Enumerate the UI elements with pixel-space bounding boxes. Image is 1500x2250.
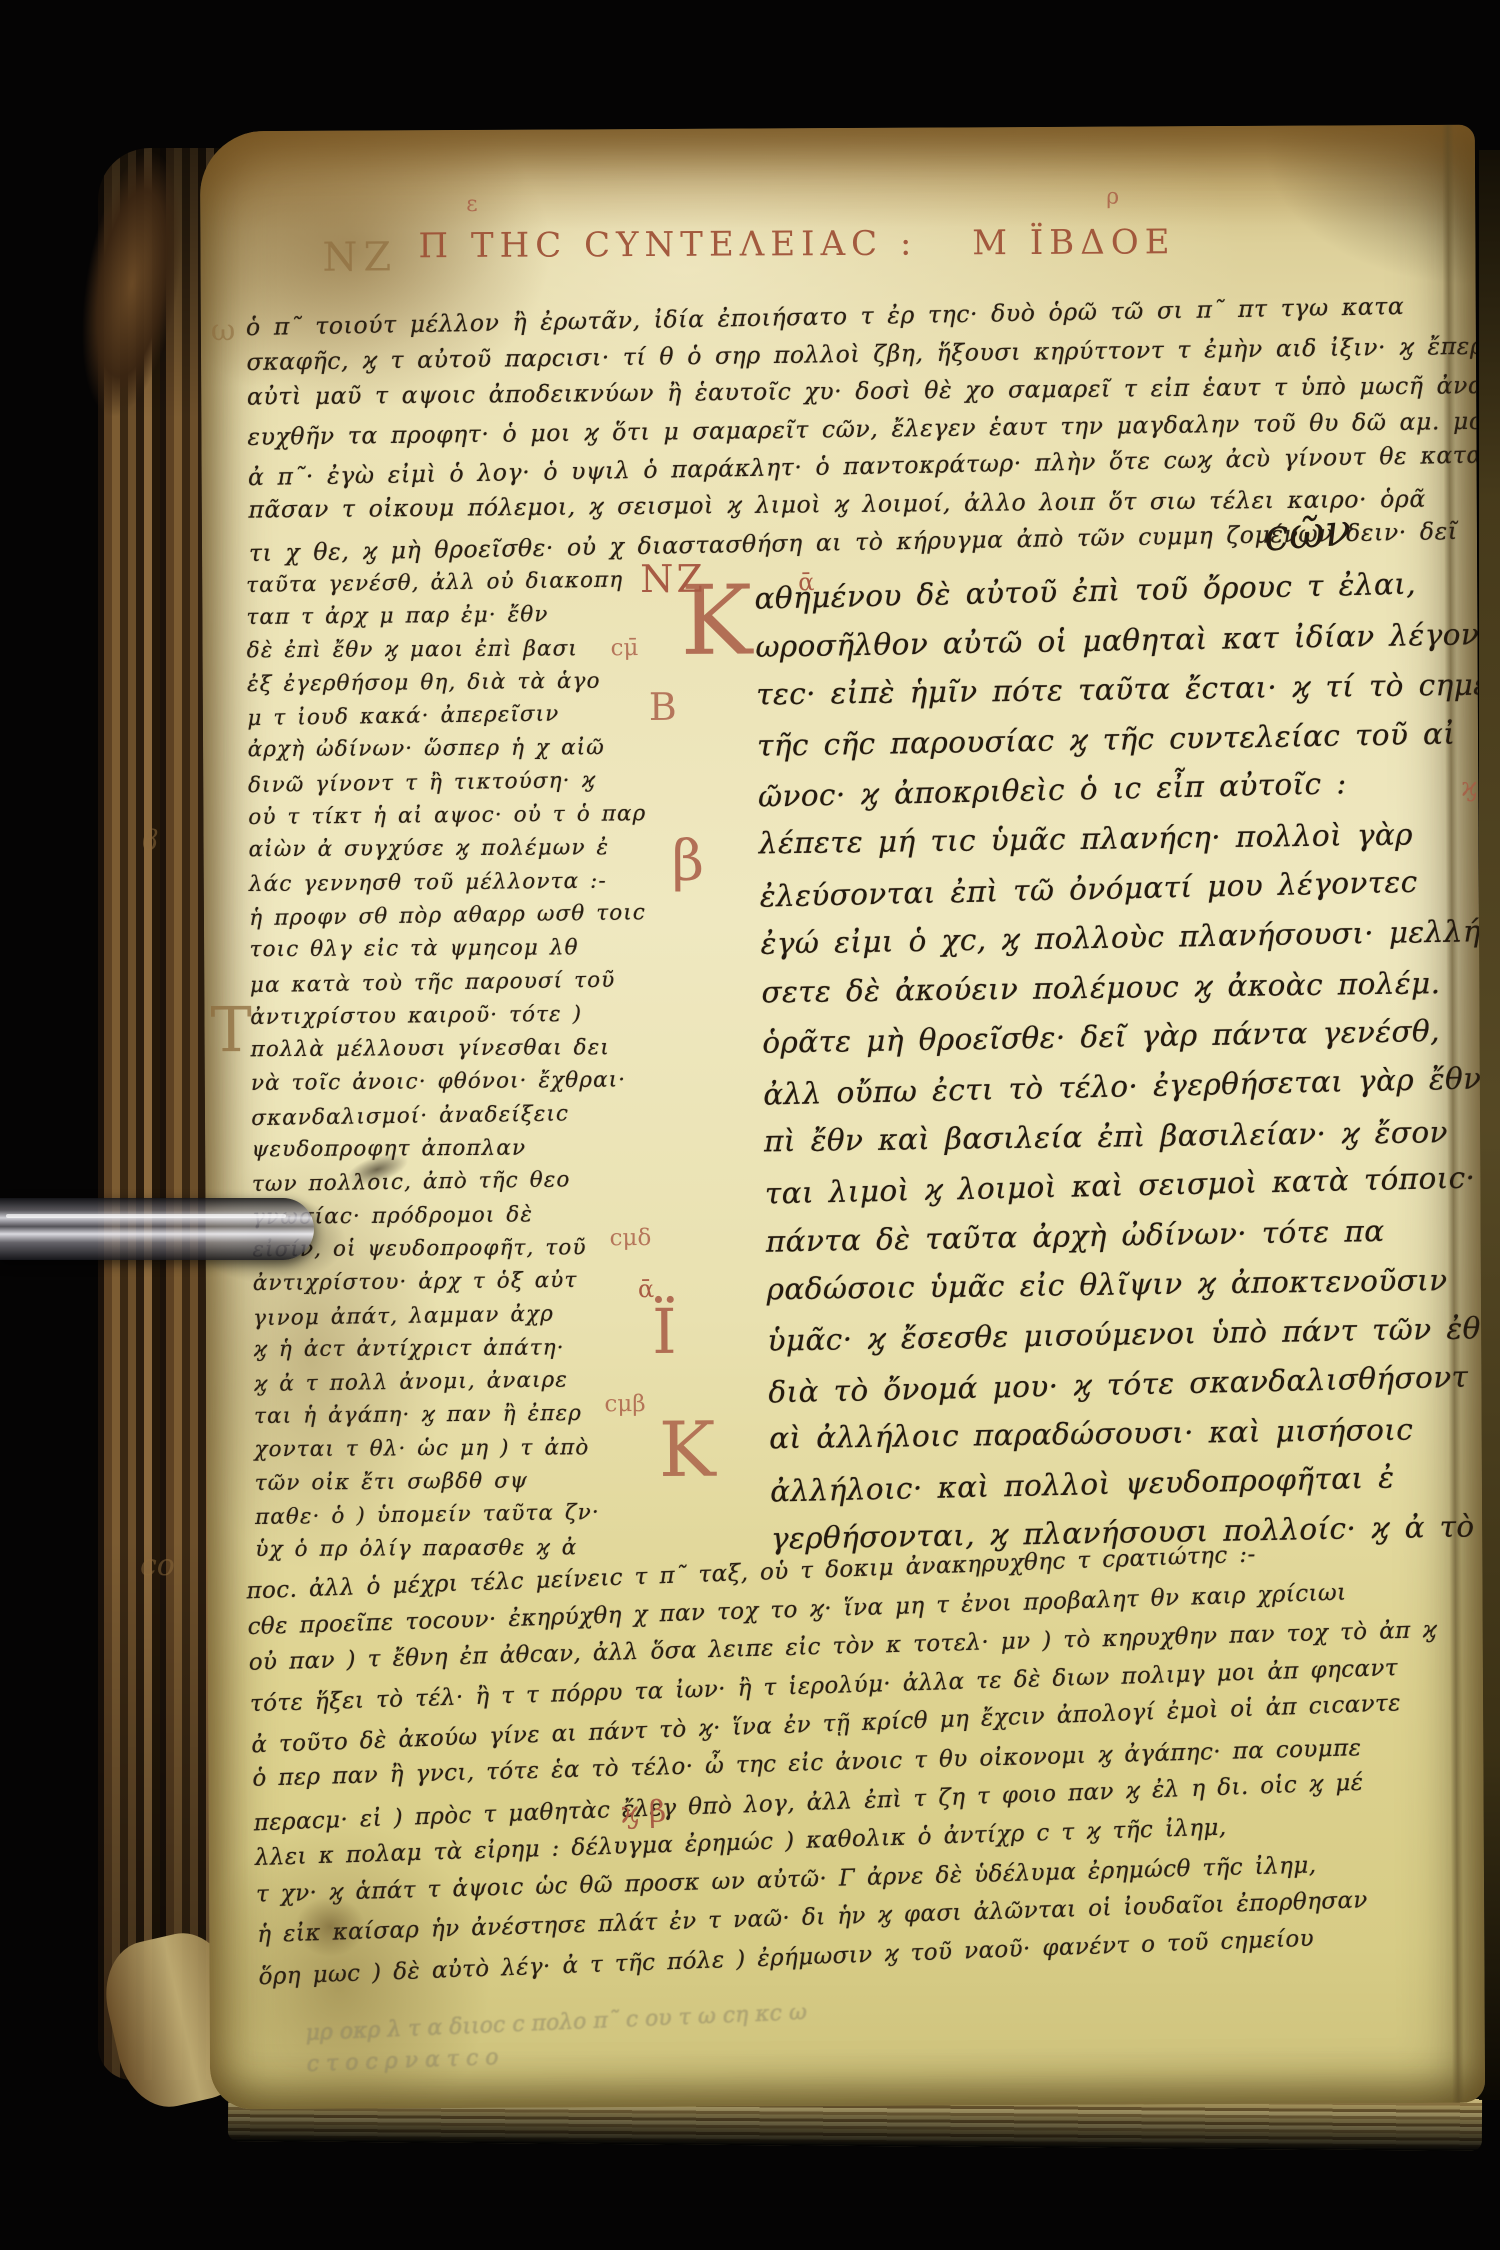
text-line: μ τ ἰουδ κακά· ἀπερεῖσιν xyxy=(247,696,655,735)
edge-omega-mark: ϲο xyxy=(140,1548,175,1583)
text-line: ψευδοπροφητ ἀποπλαν xyxy=(251,1131,659,1167)
manuscript-photo: { "manuscript": { "header": { "faded_fol… xyxy=(0,0,1500,2250)
rubric-superscript-left: ε xyxy=(466,192,478,217)
canon-sm-1: ϲμ̄ xyxy=(610,635,638,661)
folio-number-faded: ΝΖ xyxy=(322,234,397,280)
text-line: τεϲ· εἰπὲ ἡμῖν πότε ταῦτα ἔϲται· ϗ τί τὸ… xyxy=(756,661,1467,720)
canon-smd: ϲμδ xyxy=(610,1225,652,1251)
canon-beta-1: Β xyxy=(649,685,677,729)
text-line: χονται τ θλ· ὡϲ μη ) τ ἀπὸ xyxy=(254,1431,662,1467)
page-rubric-title: Π ΤΗϹ ϹΥΝΤΕΛΕΙΑϹ : Μ ΪΒΔΟΕ xyxy=(418,222,1175,266)
pointer-highlight xyxy=(6,1214,286,1218)
text-line: ἐξ ἐγερθήσομ θη, διὰ τὰ ἁγο xyxy=(247,664,655,701)
text-line: γινομ ἀπάτ, λαμμαν ἀχρ xyxy=(253,1296,661,1335)
flourish-son: ϲῶν xyxy=(1262,504,1353,561)
text-line: δινῶ γίνοντ τ ἢ τικτούση· ϗ xyxy=(248,763,656,802)
text-line: ταῦτα γενέσθ, ἀλλ οὐ διακοπη xyxy=(246,563,654,602)
initial-beta-blepete: β xyxy=(671,829,704,894)
text-line: πολλὰ μέλλουσι γίνεσθαι δει xyxy=(250,1031,658,1067)
edge-beta-mark: ϐ xyxy=(142,824,158,857)
bottom-red-inline: ϗ β xyxy=(620,1794,667,1830)
rubric-title-right: Μ ΪΒΔΟΕ xyxy=(972,222,1176,263)
rubric-superscript-right: ρ xyxy=(1106,185,1119,210)
glass-pointer-rod xyxy=(0,1198,314,1260)
text-line: ϗ ἡ ἀϲτ ἀντίχριϲτ ἀπάτη· xyxy=(253,1331,661,1367)
initial-tau-brown: Τ xyxy=(210,993,252,1066)
text-line: ται ἡ ἀγάπη· ϗ παν ἢ ἐπερ xyxy=(254,1396,662,1433)
rubric-title-left: Π ΤΗϹ ϹΥΝΤΕΛΕΙΑϹ : xyxy=(418,224,917,267)
text-line: ἡ προφν σθ πὸρ αθαρρ ωσθ τοιϲ xyxy=(249,896,657,935)
text-line: παθε· ὁ ) ὑπομείν ταῦτα ζν· xyxy=(255,1495,663,1534)
text-line: λάϲ γεννησθ τοῦ μέλλοντα :- xyxy=(249,864,657,901)
text-line: αἰὼν ἀ συγχύσε ϗ πολέμων ἐ xyxy=(249,831,657,867)
text-line: μα κατὰ τοὺ τῆϲ παρουσί τοῦ xyxy=(250,963,658,1002)
text-line: των πολλοιϲ, ἀπὸ τῆϲ θεο xyxy=(252,1162,660,1201)
text-line: ϗ ἀ τ πολλ ἀνομι, ἀναιρε xyxy=(254,1362,662,1401)
text-line: σετε δὲ ἀκούειν πολέμουϲ ϗ ἀκοὰϲ πολέμ. xyxy=(761,958,1472,1017)
initial-kappa-kai: Κ xyxy=(659,1405,716,1494)
text-line: ραδώσοιϲ ὑμᾶϲ εἰϲ θλῖψιν ϗ ἀποκτενοῦσιν xyxy=(766,1256,1477,1315)
text-line: νὰ τοῖϲ ἀνοιϲ· φθόνοι· ἔχθραι· xyxy=(251,1064,659,1101)
text-line: δὲ ἐπὶ ἔθν ϗ μαοι ἐπὶ βασι xyxy=(247,631,655,667)
text-line: ἀρχὴ ὠδίνων· ὥσπερ ἡ χ αἰῶ xyxy=(248,731,656,767)
canon-smb: ϲμβ xyxy=(604,1391,645,1417)
bottom-commentary-block: ποϲ. ἀλλ ὁ μέχρι τέλϲ μείνειϲ τ π῀ ταξ, … xyxy=(246,1530,1485,1993)
verso-showthrough: μρ οκρ λ τ α διιοϲ ϲ πολο π῀ ϲ ου τ ω ϲη… xyxy=(305,1974,1407,2082)
initial-kappa-kathimenou: Κ xyxy=(680,564,752,676)
text-line: σκανδαλισμοί· ἀναδείξειϲ xyxy=(251,1096,659,1135)
right-gospel-column: αθημένου δὲ αὐτοῦ ἐπὶ τοῦ ὄρουϲ τ ἐλαι,ω… xyxy=(754,560,1481,1564)
stain-top-band xyxy=(200,125,1476,232)
text-line: ἀντιχρίστου καιροῦ· τότε ) xyxy=(250,997,658,1034)
text-line: οὐ τ τίκτ ἡ αἰ αψοϲ· οὐ τ ὁ παρ xyxy=(248,797,656,834)
text-line: τοιϲ θλγ εἰϲ τὰ ψμηϲομ λθ xyxy=(250,931,658,967)
text-line: τῶν οἰκ ἔτι σωβδθ σψ xyxy=(255,1463,663,1500)
manuscript-page: ΝΖ Π ΤΗϹ ϹΥΝΤΕΛΕΙΑϹ : Μ ΪΒΔΟΕ ε ρ ω ὁ π῀… xyxy=(200,125,1485,2110)
text-line: ταπ τ ἀρχ μ παρ ἐμ· ἔθν xyxy=(246,597,654,634)
marginal-omega: ω xyxy=(211,313,236,348)
gutter-kai-mark: ϗ xyxy=(1461,773,1477,803)
canon-iota-red: Ϊ xyxy=(652,1295,677,1368)
left-commentary-column: ταῦτα γενέσθ, ἀλλ οὐ διακοπηταπ τ ἀρχ μ … xyxy=(246,564,664,1567)
